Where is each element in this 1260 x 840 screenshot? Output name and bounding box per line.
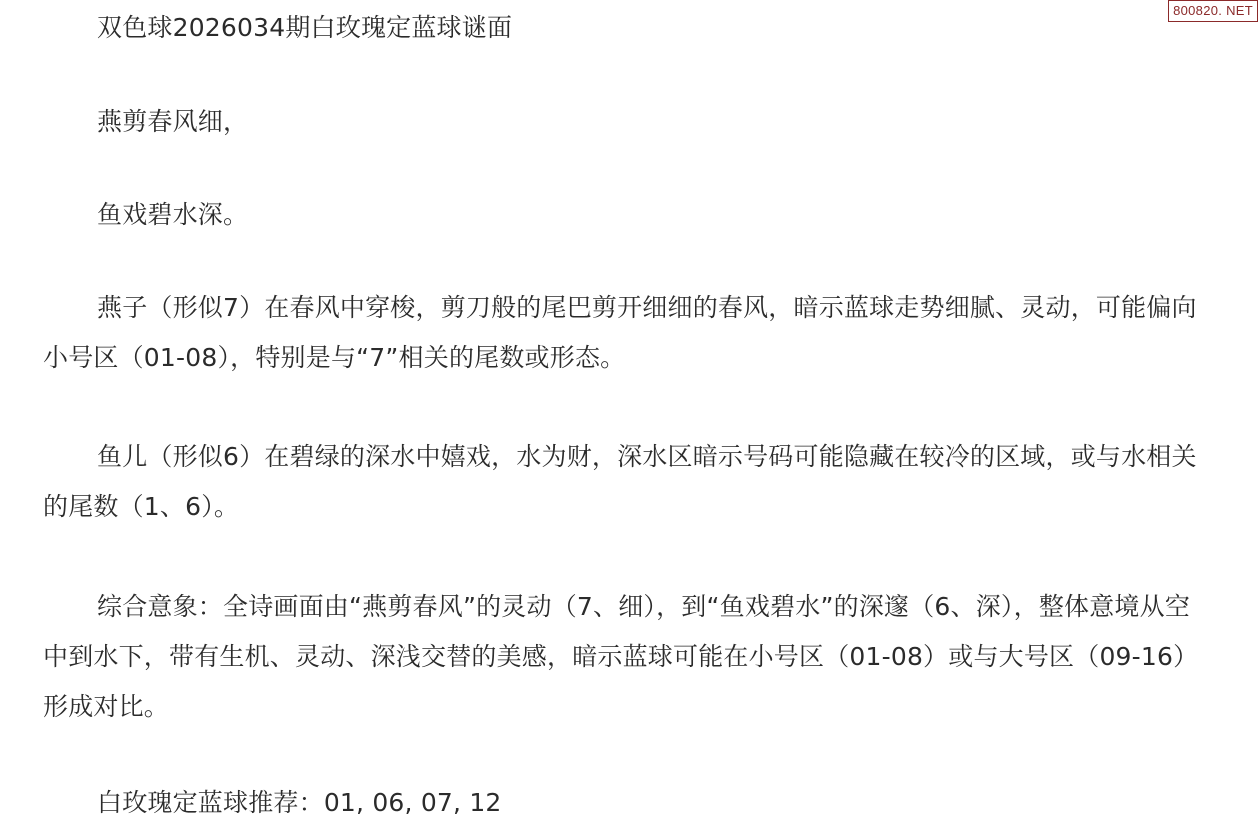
recommendation-line: 白玫瑰定蓝球推荐：01, 06, 07, 12 bbox=[43, 778, 1213, 828]
article-title: 双色球2026034期白玫瑰定蓝球谜面 bbox=[43, 3, 1213, 53]
poem-line-2: 鱼戏碧水深。 bbox=[43, 190, 1213, 240]
paragraph-fish-analysis: 鱼儿（形似6）在碧绿的深水中嬉戏，水为财，深水区暗示号码可能隐藏在较冷的区域，或… bbox=[43, 432, 1213, 532]
recommendation-label: 白玫瑰定蓝球推荐： bbox=[97, 788, 324, 817]
paragraph-summary: 综合意象：全诗画面由“燕剪春风”的灵动（7、细），到“鱼戏碧水”的深邃（6、深）… bbox=[43, 582, 1213, 732]
poem-line-1: 燕剪春风细， bbox=[43, 97, 1213, 147]
recommendation-numbers: 01, 06, 07, 12 bbox=[324, 788, 502, 817]
paragraph-swallow-analysis: 燕子（形似7）在春风中穿梭，剪刀般的尾巴剪开细细的春风，暗示蓝球走势细腻、灵动，… bbox=[43, 283, 1213, 383]
